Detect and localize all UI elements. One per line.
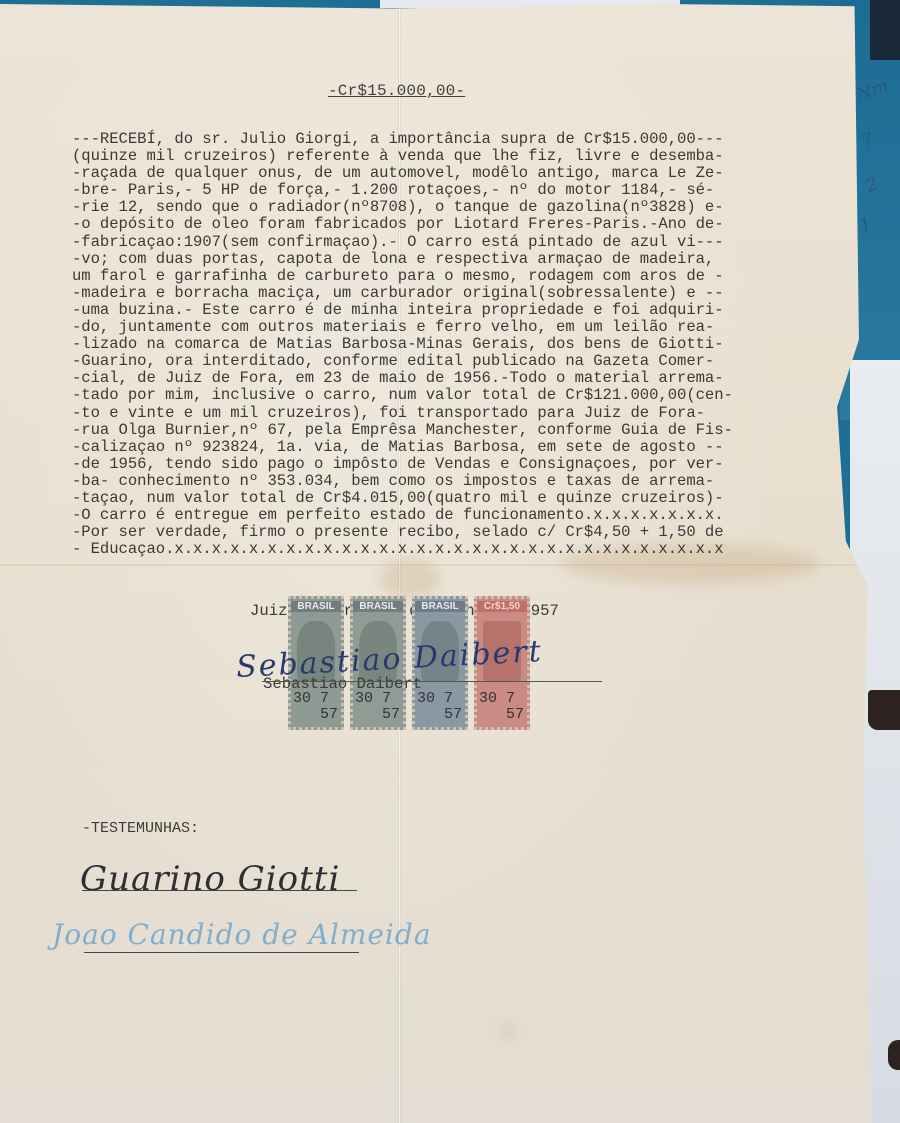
witness-line-1: [82, 890, 357, 891]
amount-heading: -Cr$15.000,00-: [328, 82, 465, 100]
receipt-line: (quinze mil cruzeiros) referente à venda…: [72, 148, 872, 165]
receipt-line: -calizaçao nº 923824, 1a. via, de Matias…: [72, 439, 872, 456]
receipt-line: -rie 12, sendo que o radiador(nº8708), o…: [72, 199, 872, 216]
stamp-country-label: BRASIL: [353, 601, 403, 612]
receipt-line: -ba- conhecimento nº 353.034, bem como o…: [72, 473, 872, 490]
stamp-cancellation-date: 30 7 57: [479, 691, 524, 723]
receipt-line: -Guarino, ora interditado, conforme edit…: [72, 353, 872, 370]
stamp-cancellation-date: 30 7 57: [355, 691, 400, 723]
receipt-line: um farol e garrafinha de carbureto para …: [72, 268, 872, 285]
receipt-line: -vo; com duas portas, capota de lona e r…: [72, 251, 872, 268]
receipt-line: -tado por mim, inclusive o carro, num va…: [72, 387, 872, 404]
receipt-line: -raçada de qualquer onus, de um automove…: [72, 165, 872, 182]
receipt-line: -cial, de Juiz de Fora, em 23 de maio de…: [72, 370, 872, 387]
receipt-line: -taçao, num valor total de Cr$4.015,00(q…: [72, 490, 872, 507]
receipt-line: -o depósito de oleo foram fabricados por…: [72, 216, 872, 233]
receipt-line: -do, juntamente com outros materiais e f…: [72, 319, 872, 336]
signature-line: [262, 681, 602, 682]
stamp-country-label: Cr$1,50: [477, 601, 527, 612]
witness-signature-1: Guarino Giotti: [80, 859, 340, 899]
stamp-cancellation-date: 30 7 57: [293, 691, 338, 723]
receipt-line: -madeira e borracha maciça, um carburado…: [72, 285, 872, 302]
receipt-line: -lizado na comarca de Matias Barbosa-Min…: [72, 336, 872, 353]
binder-clip: [868, 690, 900, 730]
receipt-line: -bre- Paris,- 5 HP de força,- 1.200 rota…: [72, 182, 872, 199]
stamp-cancellation-date: 30 7 57: [417, 691, 462, 723]
receipt-document: -Cr$15.000,00- ---RECEBÍ, do sr. Julio G…: [0, 4, 872, 1123]
receipt-line: -de 1956, tendo sido pago o impôsto de V…: [72, 456, 872, 473]
receipt-line: -rua Olga Burnier,nº 67, pela Emprêsa Ma…: [72, 422, 872, 439]
witness-line-2: [84, 952, 359, 953]
receipt-line: -Por ser verdade, firmo o presente recib…: [72, 524, 872, 541]
stamp-country-label: BRASIL: [291, 601, 341, 612]
receipt-line: -to e vinte e um mil cruzeiros), foi tra…: [72, 405, 872, 422]
background-dark-corner: [870, 0, 900, 60]
stamp-country-label: BRASIL: [415, 601, 465, 612]
binder-clip: [888, 1040, 900, 1070]
witnesses-label: -TESTEMUNHAS:: [82, 820, 199, 837]
receipt-line: ---RECEBÍ, do sr. Julio Giorgi, a import…: [72, 131, 872, 148]
receipt-body: ---RECEBÍ, do sr. Julio Giorgi, a import…: [72, 131, 872, 558]
receipt-paper: -Cr$15.000,00- ---RECEBÍ, do sr. Julio G…: [0, 4, 872, 1123]
witness-signature-2: Joao Candido de Almeida: [52, 918, 432, 951]
receipt-line: - Educaçao.x.x.x.x.x.x.x.x.x.x.x.x.x.x.x…: [72, 541, 872, 558]
receipt-line: -fabricaçao:1907(sem confirmaçao).- O ca…: [72, 234, 872, 251]
receipt-line: -uma buzina.- Este carro é de minha inte…: [72, 302, 872, 319]
receipt-line: -O carro é entregue em perfeito estado d…: [72, 507, 872, 524]
